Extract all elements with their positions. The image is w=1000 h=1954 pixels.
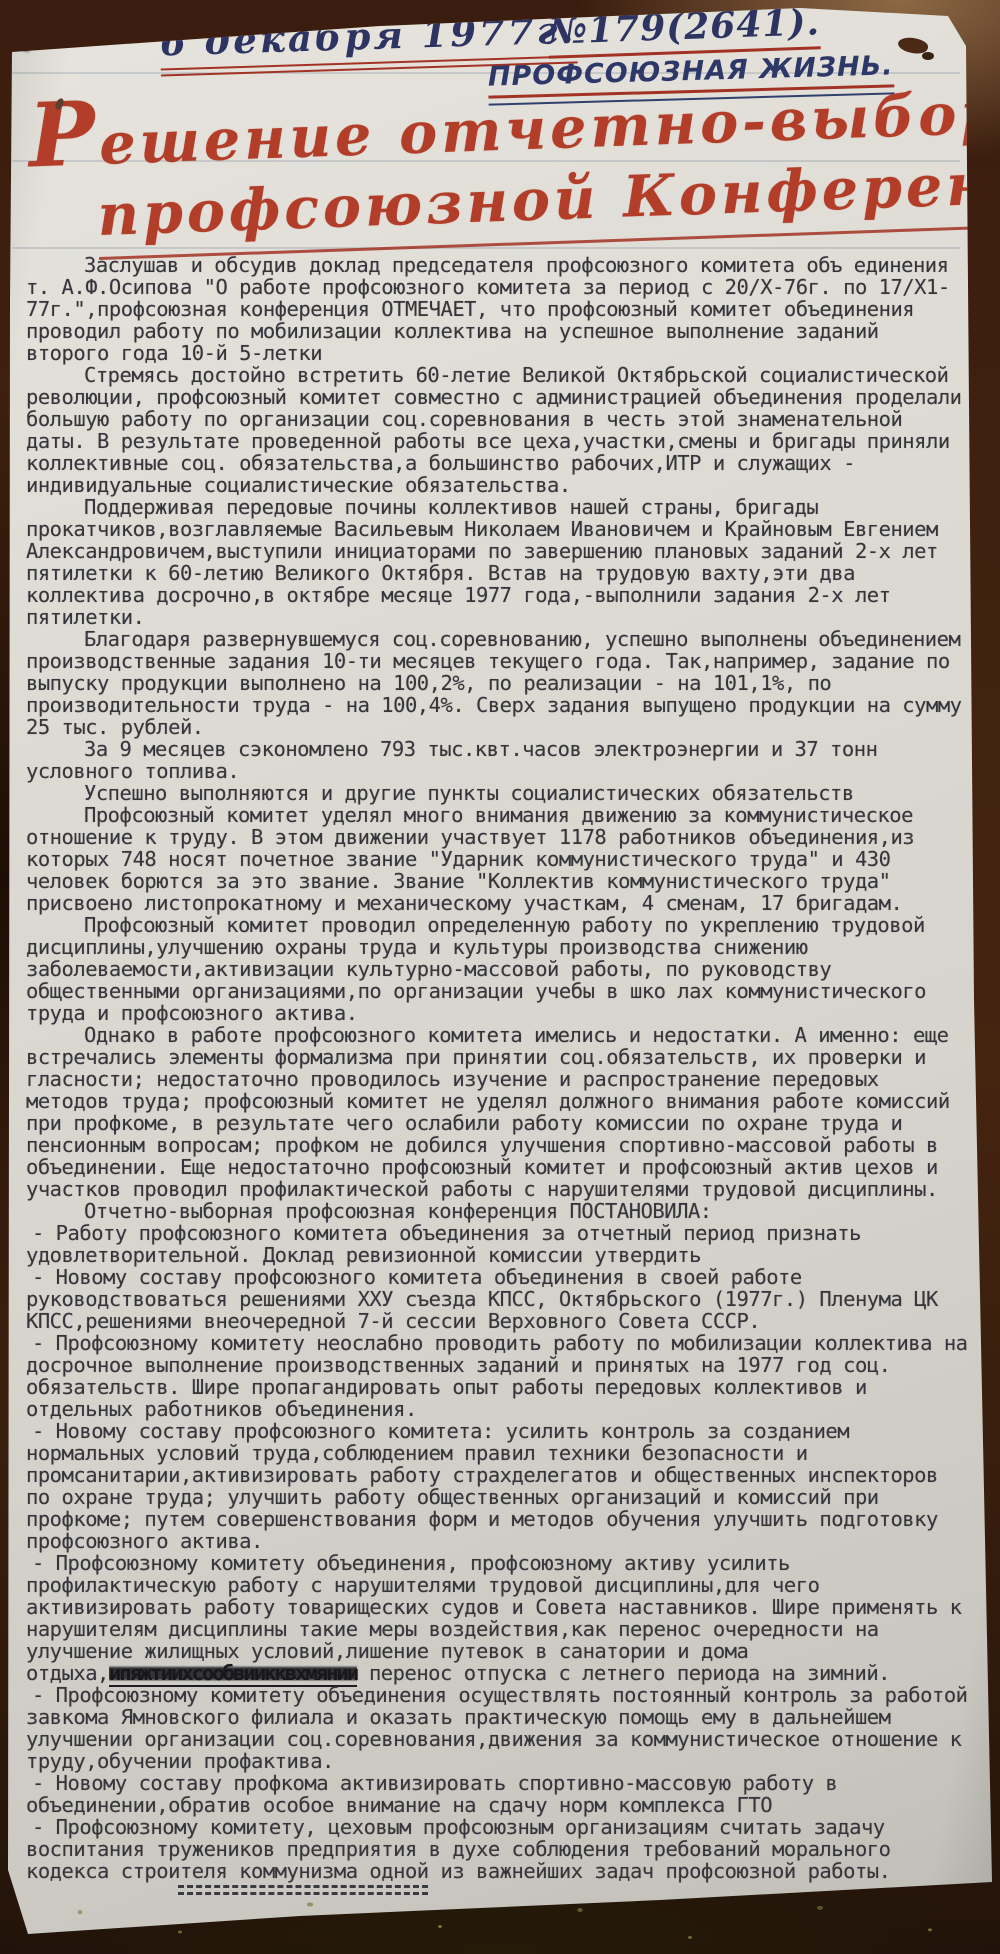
paragraph-text: Поддерживая передовые почины коллективов…	[26, 495, 938, 629]
paragraph-text: Успешно выполняются и другие пункты соци…	[84, 781, 854, 805]
paragraph-text: - Работу профсоюзного комитета объединен…	[26, 1221, 861, 1267]
paragraph-text: - Новому составу профсоюзного комитета о…	[26, 1265, 938, 1333]
paragraph: - Профсоюзному комитету объединения, про…	[26, 1552, 968, 1684]
paragraph-text: - Профсоюзному комитету неослабно провод…	[26, 1331, 968, 1421]
paragraph-text: За 9 месяцев сэкономлено 793 тыс.квт.час…	[26, 737, 877, 783]
paragraph: - Профсоюзному комитету, цеховым профсою…	[26, 1816, 968, 1882]
end-underline	[178, 1885, 428, 1895]
paragraph-text: Заслушав и обсудив доклад председателя п…	[26, 253, 950, 365]
paragraph-text: - Новому составу профсоюзного комитета: …	[26, 1419, 938, 1553]
paragraph: Заслушав и обсудив доклад председателя п…	[26, 254, 968, 364]
paragraph-text: Профсоюзный комитет уделял много внимани…	[26, 803, 914, 915]
paragraph: Профсоюзный комитет уделял много внимани…	[26, 804, 968, 914]
paragraph-text: Однако в работе профсоюзного комитета им…	[26, 1023, 950, 1201]
ink-blotch	[922, 52, 934, 60]
paragraph: Благодаря развернувшемуся соц.соревнован…	[26, 628, 968, 738]
paragraph: Стремясь достойно встретить 60-летие Вел…	[26, 364, 968, 496]
tack-mark	[22, 42, 31, 51]
body-paragraphs: Заслушав и обсудив доклад председателя п…	[26, 254, 968, 1895]
paragraph: Отчетно-выборная профсоюзная конференция…	[26, 1200, 968, 1222]
photo-background: 6 декабря 1977г. №179(2641). ПРОФСОЮЗНАЯ…	[0, 0, 1000, 1954]
paragraph: - Новому составу профкома активизировать…	[26, 1772, 968, 1816]
paragraph-text: - Новому составу профкома активизировать…	[26, 1771, 837, 1817]
masthead-issue-number: №179(2641).	[547, 1, 821, 58]
paragraph-text: Стремясь достойно встретить 60-летие Вел…	[26, 363, 962, 497]
paragraph-text: Отчетно-выборная профсоюзная конференция…	[84, 1199, 712, 1223]
paragraph: - Профсоюзному комитету объединения осущ…	[26, 1684, 968, 1772]
paragraph: - Новому составу профсоюзного комитета: …	[26, 1420, 968, 1552]
paragraph-text: Профсоюзный комитет проводил определенну…	[26, 913, 926, 1025]
paragraph: - Работу профсоюзного комитета объединен…	[26, 1222, 968, 1266]
paragraph: - Профсоюзному комитету неослабно провод…	[26, 1332, 968, 1420]
paragraph-text: Благодаря развернувшемуся соц.соревнован…	[26, 627, 962, 739]
paragraph: За 9 месяцев сэкономлено 793 тыс.квт.час…	[26, 738, 968, 782]
page-title: Решение отчетно-выборной профсоюзной Кон…	[27, 61, 1000, 263]
paragraph: - Новому составу профсоюзного комитета о…	[26, 1266, 968, 1332]
paragraph-text: - Профсоюзному комитету объединения осущ…	[26, 1683, 968, 1773]
paragraph-text: перенос отпуска с летнего периода на зим…	[357, 1661, 890, 1685]
paragraph-text: - Профсоюзному комитету, цеховым профсою…	[26, 1815, 890, 1883]
paragraph: Поддерживая передовые почины коллективов…	[26, 496, 968, 628]
paragraph: Профсоюзный комитет проводил определенну…	[26, 914, 968, 1024]
paragraph: Однако в работе профсоюзного комитета им…	[26, 1024, 968, 1200]
document-page: 6 декабря 1977г. №179(2641). ПРОФСОЮЗНАЯ…	[0, 0, 1000, 1944]
paragraph: Успешно выполняются и другие пункты соци…	[26, 782, 968, 804]
